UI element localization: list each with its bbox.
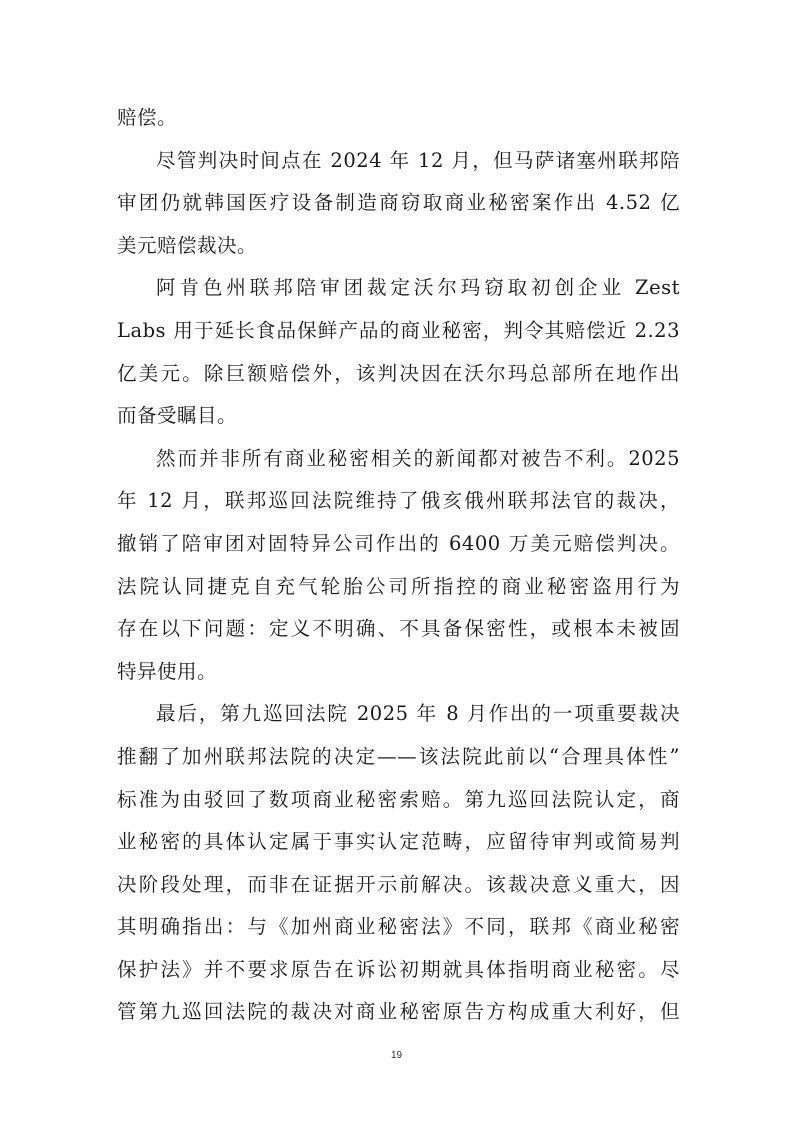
text-line: 阿肯色州联邦陪审团裁定沃尔玛窃取初创企业 Zest xyxy=(117,267,680,310)
text-line: 撤销了陪审团对固特异公司作出的 6400 万美元赔偿判决。 xyxy=(117,523,680,566)
text-line: 推翻了加州联邦法院的决定——该法院此前以“合理具体性” xyxy=(117,736,680,779)
text-line: 美元赔偿裁决。 xyxy=(117,225,680,268)
text-line: 其明确指出：与《加州商业秘密法》不同，联邦《商业秘密 xyxy=(117,906,680,949)
text-line: 决阶段处理，而非在证据开示前解决。该裁决意义重大，因 xyxy=(117,864,680,907)
text-line: 审团仍就韩国医疗设备制造商窃取商业秘密案作出 4.52 亿 xyxy=(117,182,680,225)
text-line: 年 12 月，联邦巡回法院维持了俄亥俄州联邦法官的裁决， xyxy=(117,480,680,523)
text-line: 尽管判决时间点在 2024 年 12 月，但马萨诸塞州联邦陪 xyxy=(117,140,680,183)
text-line: 管第九巡回法院的裁决对商业秘密原告方构成重大利好，但 xyxy=(117,991,680,1034)
text-line: Labs 用于延长食品保鲜产品的商业秘密，判令其赔偿近 2.23 xyxy=(117,310,680,353)
text-line: 然而并非所有商业秘密相关的新闻都对被告不利。2025 xyxy=(117,438,680,481)
text-line: 而备受瞩目。 xyxy=(117,395,680,438)
text-line: 业秘密的具体认定属于事实认定范畴，应留待审判或简易判 xyxy=(117,821,680,864)
text-line: 赔偿。 xyxy=(117,97,680,140)
text-line: 特异使用。 xyxy=(117,651,680,694)
page-number: 19 xyxy=(0,1050,793,1061)
text-line: 保护法》并不要求原告在诉讼初期就具体指明商业秘密。尽 xyxy=(117,949,680,992)
text-line: 法院认同捷克自充气轮胎公司所指控的商业秘密盗用行为 xyxy=(117,566,680,609)
text-line: 亿美元。除巨额赔偿外，该判决因在沃尔玛总部所在地作出 xyxy=(117,353,680,396)
text-line: 标准为由驳回了数项商业秘密索赔。第九巡回法院认定，商 xyxy=(117,779,680,822)
text-line: 最后，第九巡回法院 2025 年 8 月作出的一项重要裁决 xyxy=(117,693,680,736)
text-line: 存在以下问题：定义不明确、不具备保密性，或根本未被固 xyxy=(117,608,680,651)
document-body: 赔偿。 尽管判决时间点在 2024 年 12 月，但马萨诸塞州联邦陪 审团仍就韩… xyxy=(117,97,680,1034)
